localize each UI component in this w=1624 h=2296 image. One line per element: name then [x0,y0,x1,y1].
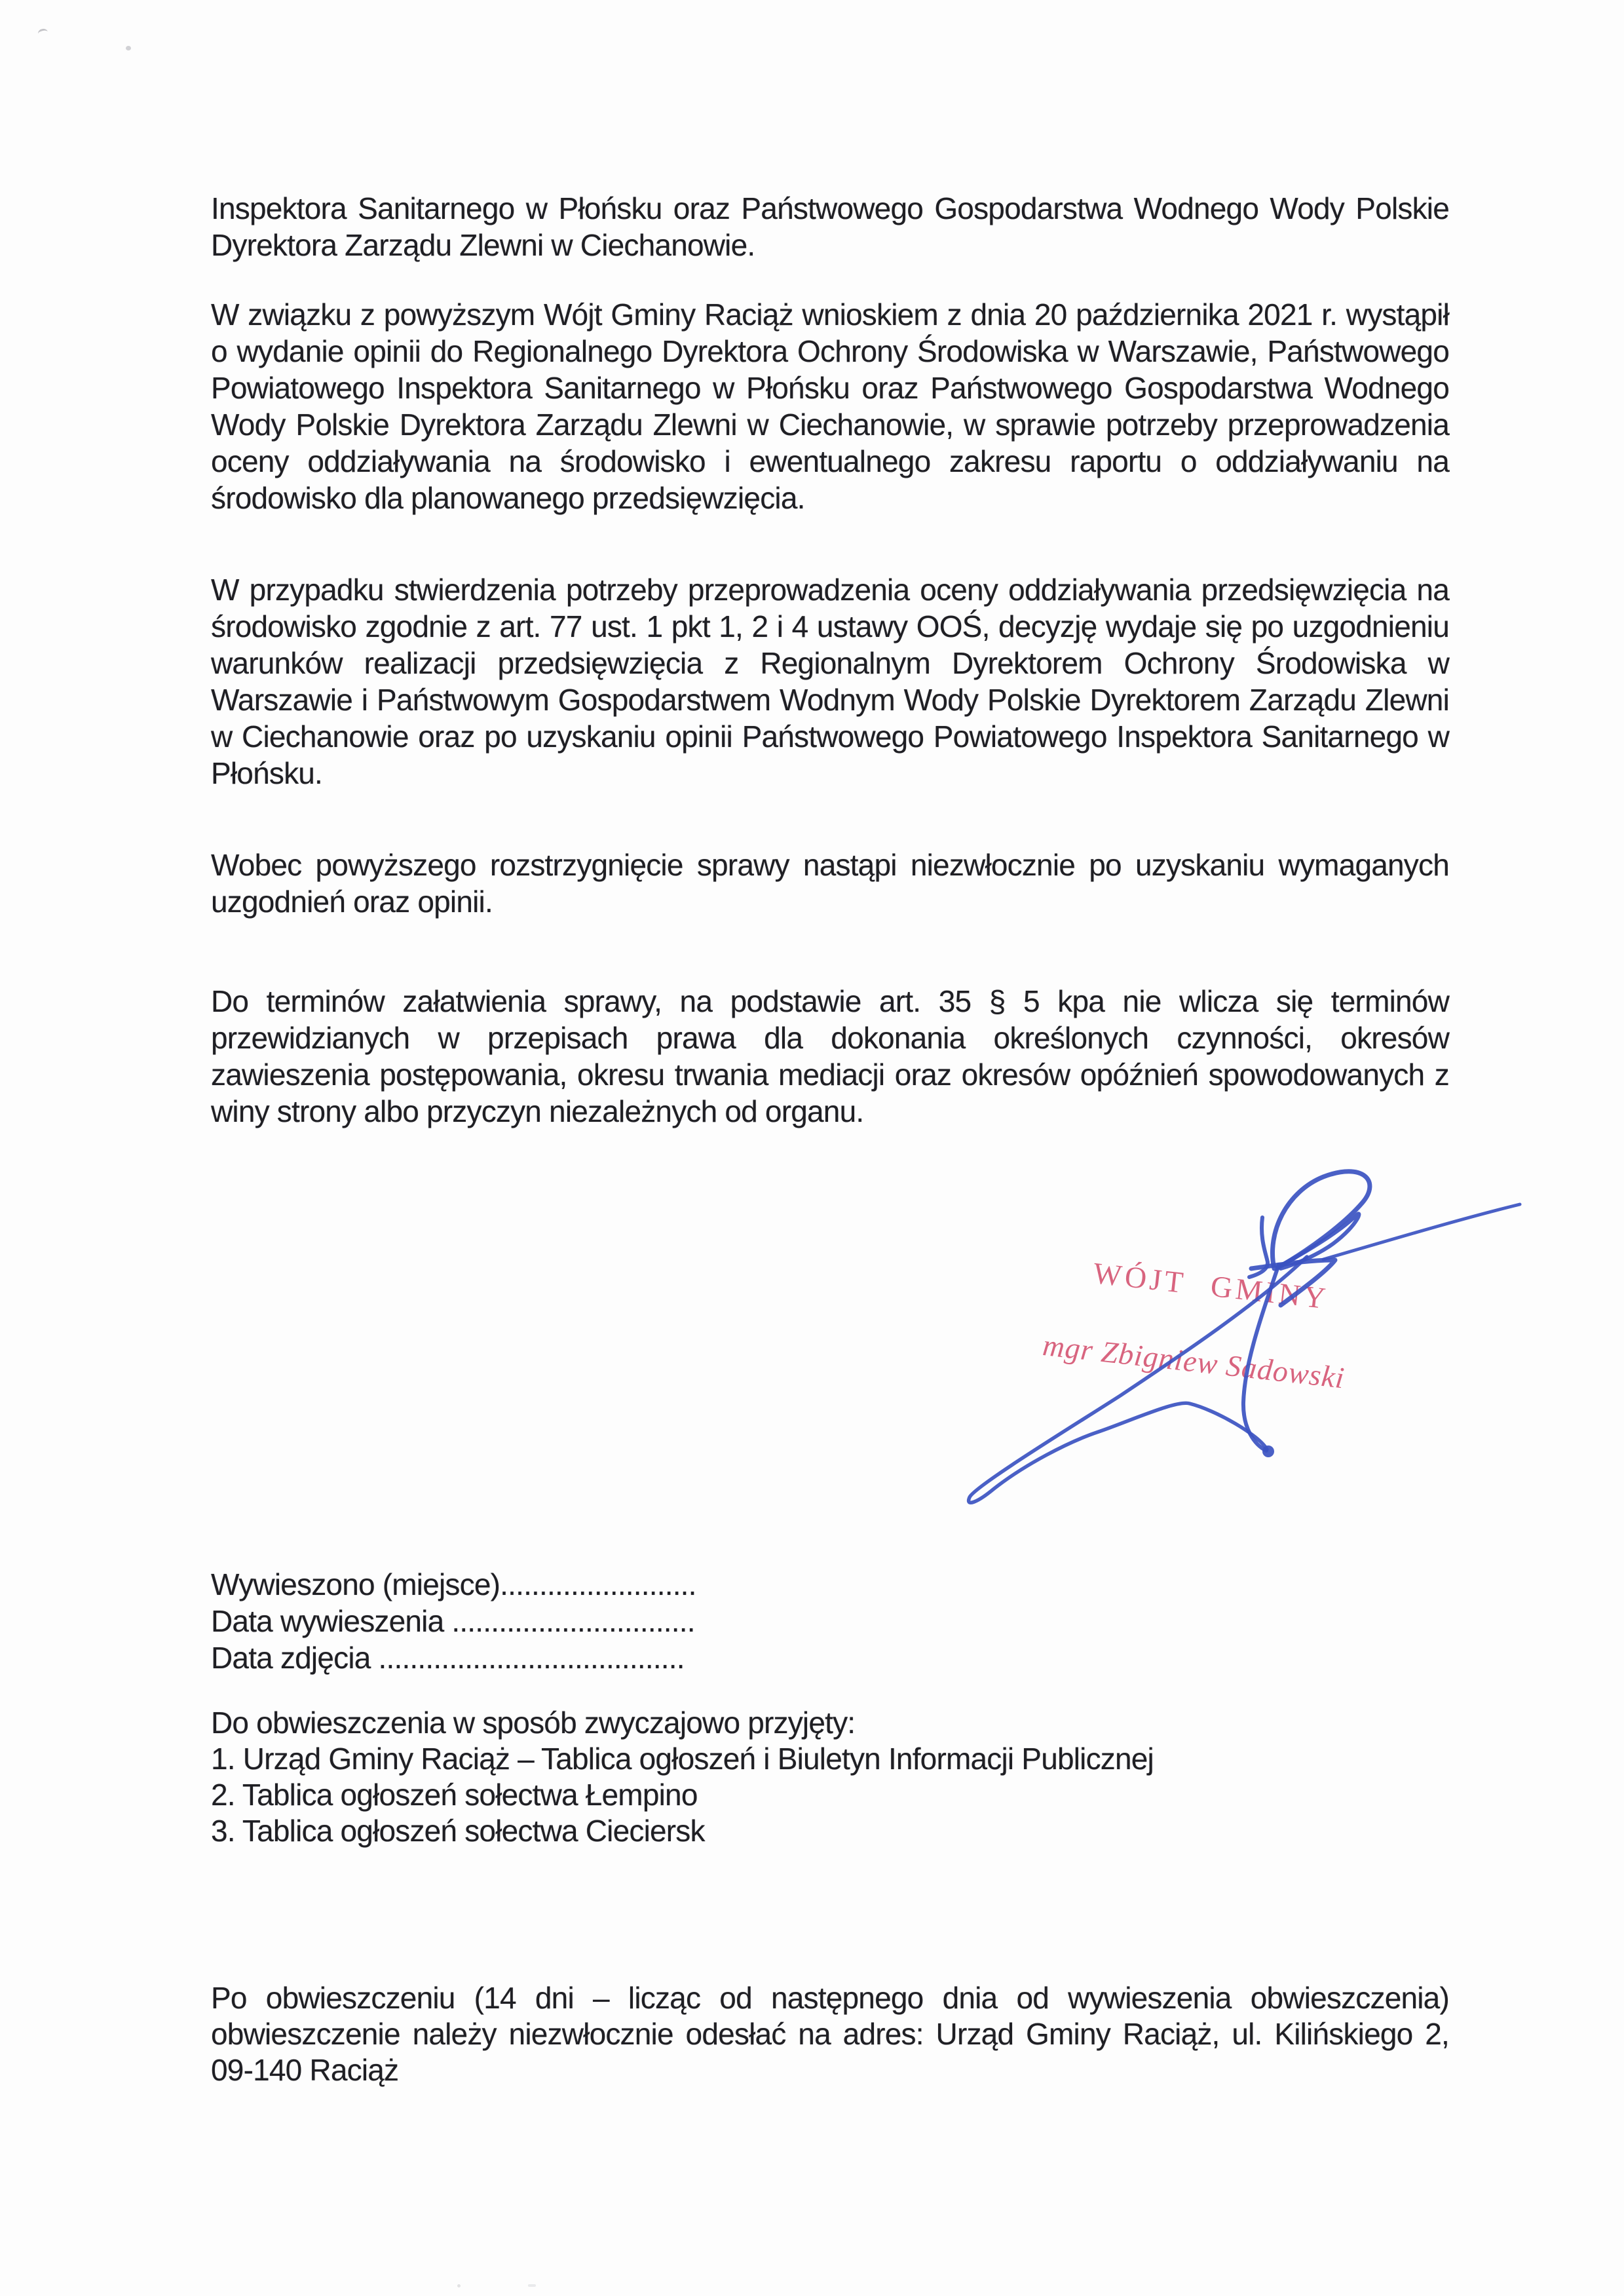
announcement-heading: Do obwieszczenia w sposób zwyczajowo prz… [211,1705,1449,1741]
paragraph-return-instruction: Po obwieszczeniu (14 dni – licząc od nas… [211,1980,1449,2088]
announcement-item: 1. Urząd Gminy Raciąż – Tablica ogłoszeń… [211,1741,1449,1777]
scan-artifact [37,28,48,38]
paragraph-assessment-procedure: W przypadku stwierdzenia potrzeby przepr… [211,571,1449,792]
posting-date-up-line: Data wywieszenia .......................… [211,1603,1449,1639]
scan-artifact [457,2284,461,2287]
scan-artifact [126,46,131,50]
paragraph-authorities-continuation: Inspektora Sanitarnego w Płońsku oraz Pa… [211,190,1449,263]
posting-place-line: Wywieszono (miejsce)....................… [211,1566,1449,1603]
announcement-item: 3. Tablica ogłoszeń sołectwa Cieciersk [211,1813,1449,1849]
paragraph-resolution-note: Wobec powyższego rozstrzygnięcie sprawy … [211,847,1449,920]
scan-artifact [528,2284,536,2287]
scanned-document-page: Inspektora Sanitarnego w Płońsku oraz Pa… [0,0,1624,2296]
posting-block: Wywieszono (miejsce)....................… [211,1566,1449,1676]
announcement-block: Do obwieszczenia w sposób zwyczajowo prz… [211,1705,1449,1849]
paragraph-opinion-request: W związku z powyższym Wójt Gminy Raciąż … [211,296,1449,516]
paragraph-deadline-note: Do terminów załatwienia sprawy, na podst… [211,983,1449,1130]
announcement-item: 2. Tablica ogłoszeń sołectwa Łempino [211,1777,1449,1813]
signature-ink [904,1140,1559,1533]
posting-date-down-line: Data zdjęcia ...........................… [211,1639,1449,1676]
